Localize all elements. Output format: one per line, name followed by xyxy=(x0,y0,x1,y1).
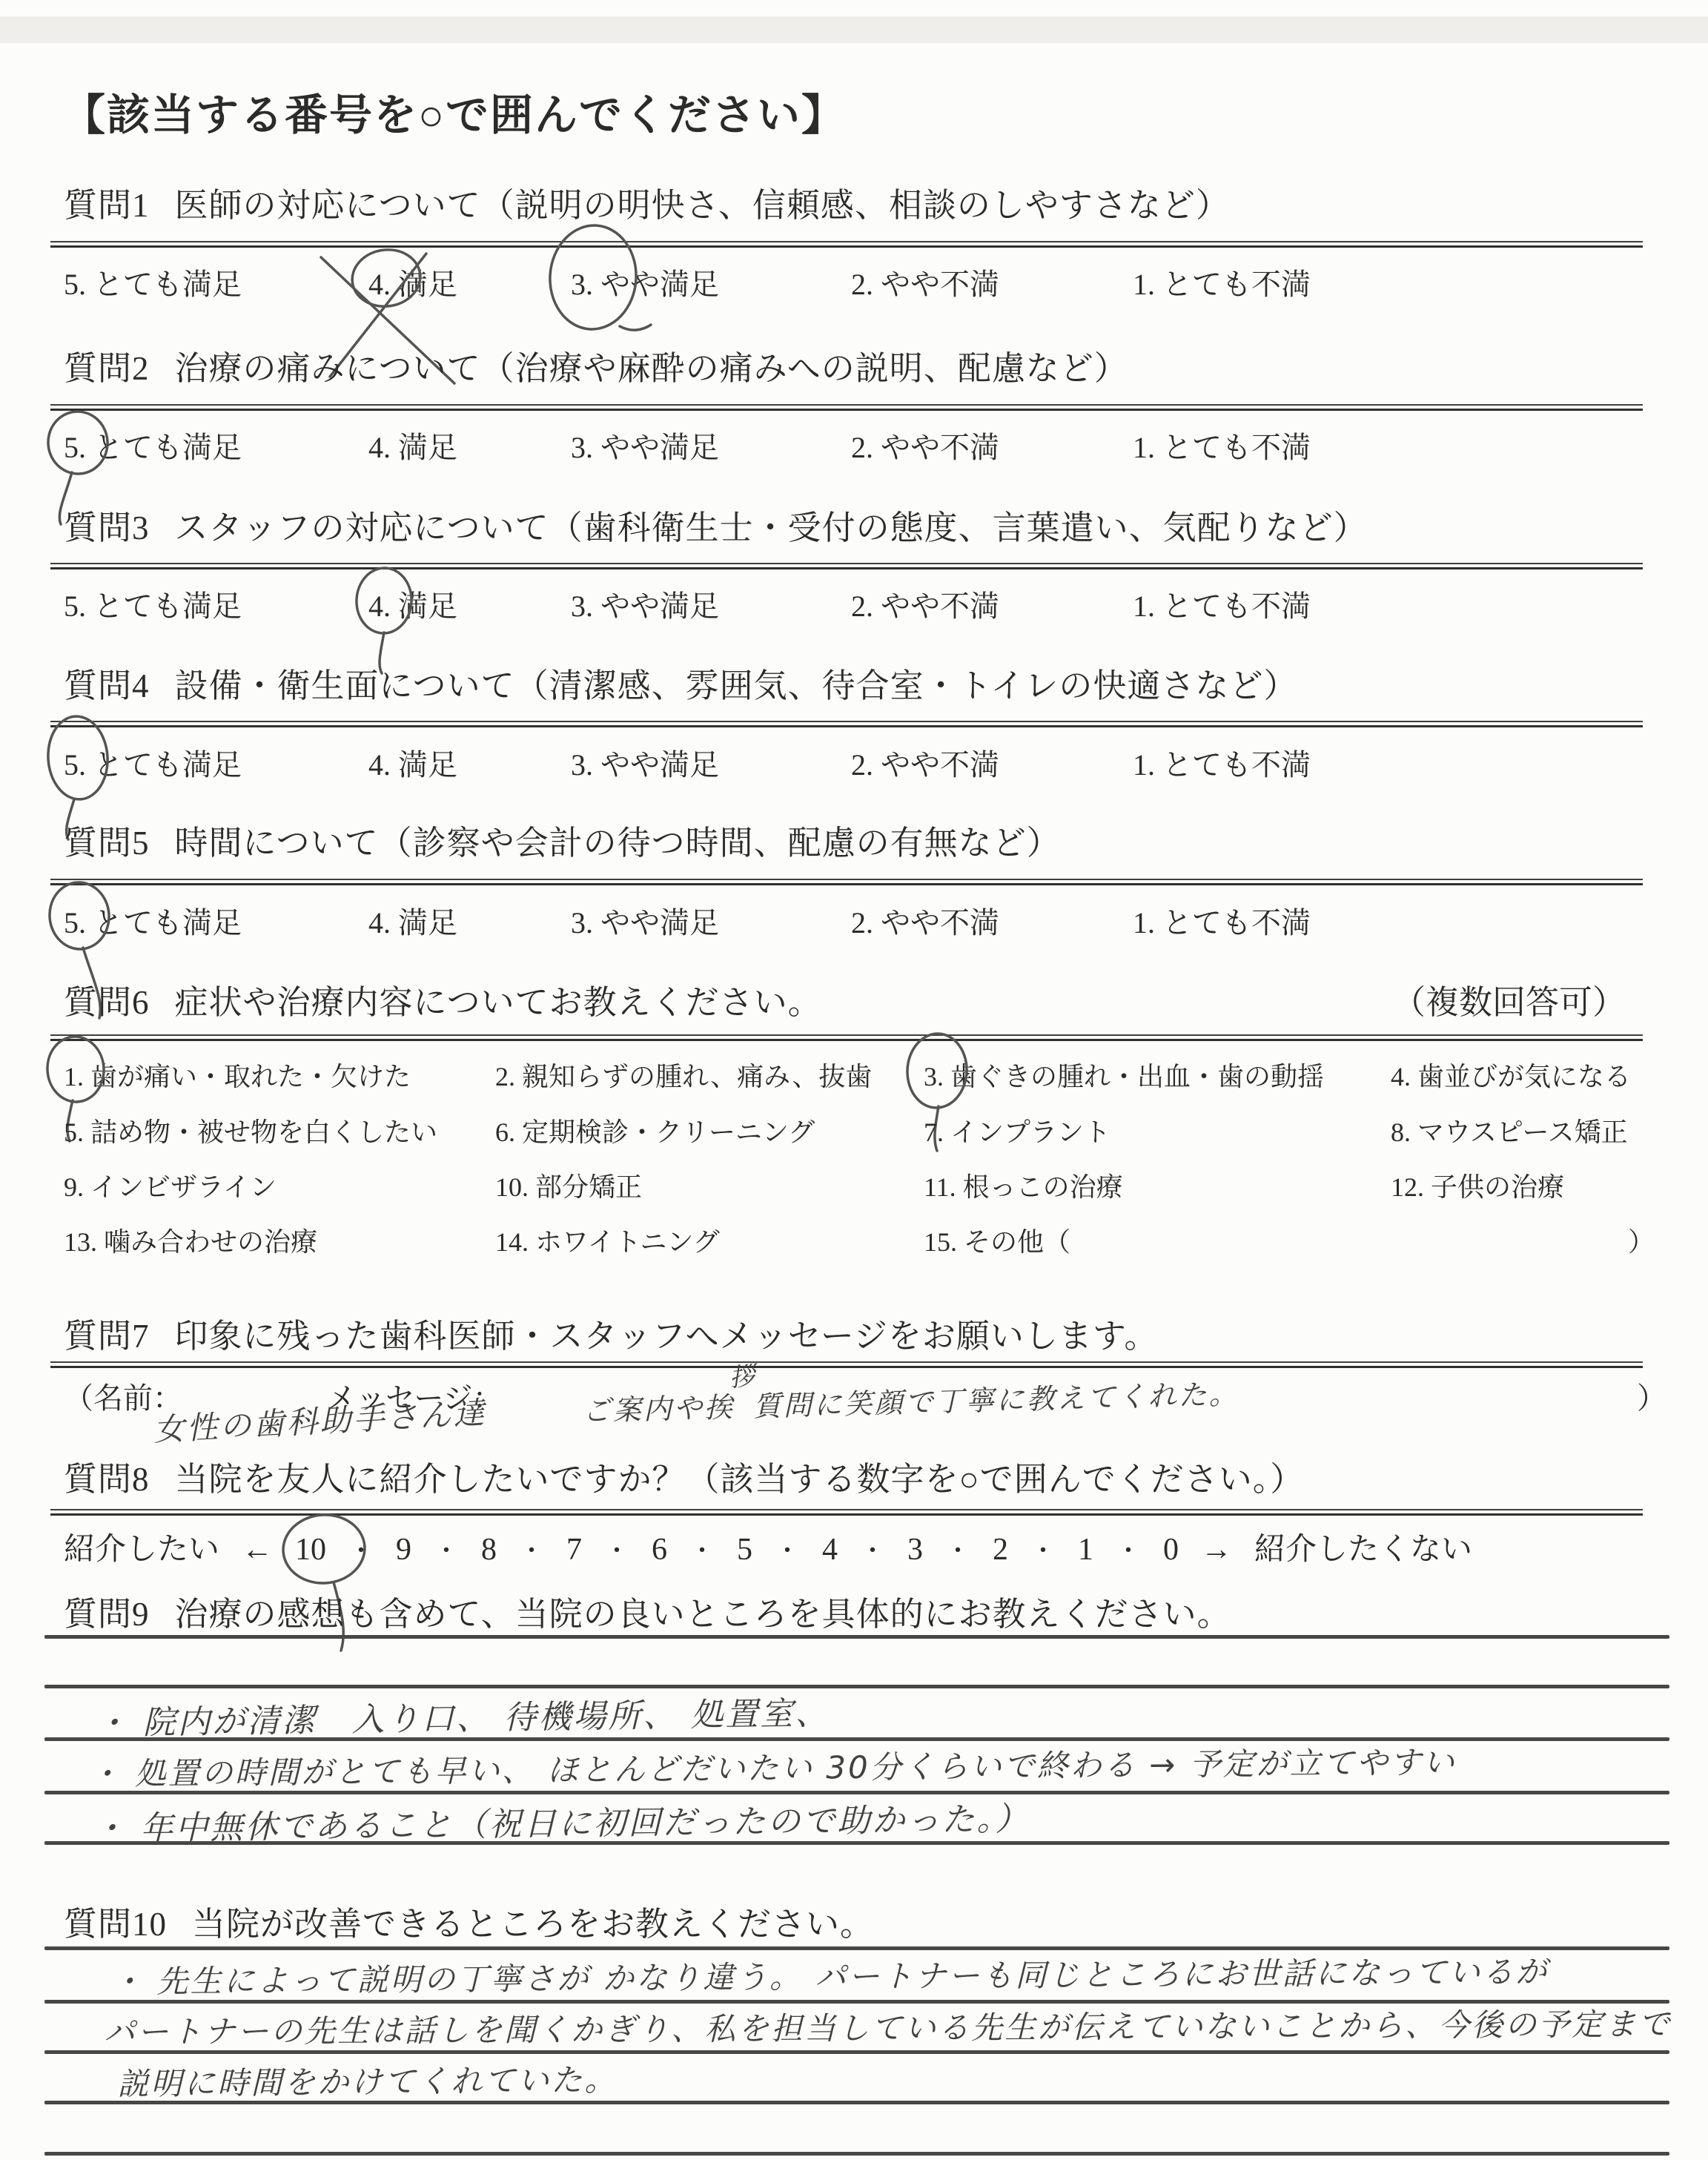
q8-number-6: 6 xyxy=(652,1532,667,1568)
q8-number-9: 9 xyxy=(396,1532,411,1568)
q5-label: 質問5 xyxy=(64,825,150,862)
q6-item-4: 4. 歯並びが気になる xyxy=(1391,1056,1631,1094)
q7-message-inserted-char: 拶 xyxy=(727,1355,758,1394)
q8-number-5: 5 xyxy=(737,1532,752,1568)
q5-option-3: 3. やや満足 xyxy=(571,899,719,942)
q4-option-2: 2. やや不満 xyxy=(851,742,999,784)
scale-dot: ・ xyxy=(604,1530,629,1567)
q8-number-0: 0 xyxy=(1163,1532,1179,1568)
q4-header: 質問4設備・衛生面について（清潔感、雰囲気、待合室・トイレの快適さなど） xyxy=(64,658,1297,707)
q4-label: 質問4 xyxy=(64,667,150,704)
q6-text: 症状や治療内容についてお教えください。 xyxy=(175,984,822,1021)
scale-dot: ・ xyxy=(775,1530,800,1567)
q3-option-5: 5. とても満足 xyxy=(64,583,242,625)
q10-answer-handwriting-2: パートナーの先生は話しを聞くかぎり、私を担当している先生が伝えていないことから、… xyxy=(104,2000,1672,2052)
q8-right-label: 紹介したくない xyxy=(1254,1525,1472,1569)
q8-number-2: 2 xyxy=(993,1532,1008,1568)
q8-right-arrow: → xyxy=(1201,1532,1232,1568)
q9-answer-line-rule-2 xyxy=(44,1685,1669,1688)
q3-option-1: 1. とても不満 xyxy=(1133,583,1311,625)
q5-option-2: 2. やや不満 xyxy=(851,899,999,942)
q8-header: 質問8当院を友人に紹介したいですか？（該当する数字を○で囲んでください。） xyxy=(64,1452,1304,1500)
scan-shadow-band xyxy=(0,16,1708,43)
q1-rule xyxy=(50,241,1643,248)
scale-dot: ・ xyxy=(519,1530,544,1567)
q10-answer-line-rule-5 xyxy=(44,2152,1669,2156)
scale-dot: ・ xyxy=(689,1530,715,1567)
q1-option-1: 1. とても不満 xyxy=(1133,261,1311,303)
q6-item-7: 7. インプラント xyxy=(924,1112,1110,1149)
q6-item1-circle-mark xyxy=(39,1026,194,1189)
q4-option-3: 3. やや満足 xyxy=(571,742,719,784)
q8-rule xyxy=(50,1509,1643,1516)
q5-rule xyxy=(50,879,1643,885)
scale-dot: ・ xyxy=(1030,1530,1056,1567)
q3-option-4: 4. 満足 xyxy=(368,583,457,625)
q4-text: 設備・衛生面について（清潔感、雰囲気、待合室・トイレの快適さなど） xyxy=(175,667,1298,704)
scale-dot: ・ xyxy=(434,1530,459,1567)
q5-header: 質問5時間について（診察や会計の待つ時間、配慮の有無など） xyxy=(64,816,1061,864)
q2-label: 質問2 xyxy=(64,350,150,387)
q6-rule xyxy=(50,1034,1643,1041)
q10-label: 質問10 xyxy=(64,1906,167,1943)
q8-text: 当院を友人に紹介したいですか？（該当する数字を○で囲んでください。） xyxy=(175,1461,1305,1498)
q9-answer-handwriting-1: ・ 院内が清潔 入り口、 待機場所、 処置室、 xyxy=(95,1686,830,1744)
q7-text: 印象に残った歯科医師・スタッフへメッセージをお願いします。 xyxy=(175,1318,1159,1355)
q6-item-9: 9. インビザライン xyxy=(64,1166,277,1204)
survey-scan-page: 【該当する番号を○で囲んでください】 質問1医師の対応について（説明の明快さ、信… xyxy=(0,0,1708,2160)
q1-option-5: 5. とても満足 xyxy=(64,261,242,303)
q9-answer-handwriting-3: ・ 年中無休であること（祝日に初回だったので助かった。） xyxy=(93,1792,1030,1849)
scale-dot: ・ xyxy=(348,1530,374,1567)
q6-item-13: 13. 噛み合わせの治療 xyxy=(64,1221,317,1259)
q1-label: 質問1 xyxy=(64,187,150,224)
q6-item-8: 8. マウスピース矯正 xyxy=(1391,1112,1628,1149)
q1-text: 医師の対応について（説明の明快さ、信頼感、相談のしやすさなど） xyxy=(175,187,1230,224)
q2-option-3: 3. やや満足 xyxy=(571,424,719,466)
q8-nps-scale: 紹介したい ← 10 ・ 9 ・ 8 ・ 7 ・ 6 ・ 5 ・ 4 ・ 3 ・… xyxy=(64,1525,1472,1569)
q4-option-1: 1. とても不満 xyxy=(1133,742,1311,784)
q4-option-5: 5. とても満足 xyxy=(64,742,242,784)
q8-number-8: 8 xyxy=(481,1532,497,1568)
q3-option-2: 2. やや不満 xyxy=(851,583,999,625)
q10-answer-handwriting-3: 説明に時間をかけてくれていた。 xyxy=(117,2055,618,2104)
q8-left-arrow: ← xyxy=(242,1532,273,1568)
q3-header: 質問3スタッフの対応について（歯科衛生士・受付の態度、言葉遣い、気配りなど） xyxy=(64,501,1368,549)
q10-answer-handwriting-1: ・ 先生によって説明の丁寧さが かなり違う。 パートナーも同じところにお世話にな… xyxy=(111,1947,1549,2002)
q7-rule xyxy=(50,1361,1643,1368)
q9-answer-handwriting-2: ・ 処置の時間がとても早い、 ほとんどだいたい 30分くらいで終わる → 予定が… xyxy=(89,1738,1457,1794)
q5-option-4: 4. 満足 xyxy=(368,899,457,942)
q5-option-1: 1. とても不満 xyxy=(1133,899,1311,942)
q4-rule xyxy=(50,721,1643,727)
q9-answer-line-rule-1 xyxy=(44,1635,1669,1639)
q6-item-11: 11. 根っこの治療 xyxy=(924,1166,1123,1204)
q3-text: スタッフの対応について（歯科衛生士・受付の態度、言葉遣い、気配りなど） xyxy=(175,509,1368,546)
q6-label: 質問6 xyxy=(64,984,150,1021)
q7-message-part1: ご案内や挨 xyxy=(582,1391,735,1427)
q8-number-3: 3 xyxy=(907,1532,923,1568)
q7-label: 質問7 xyxy=(64,1318,150,1355)
q9-header: 質問9治療の感想も含めて、当院の良いところを具体的にお教えください。 xyxy=(64,1587,1231,1635)
q2-option-1: 1. とても不満 xyxy=(1133,424,1311,466)
q6-item-15: 15. その他（ xyxy=(924,1221,1070,1259)
q6-header: 質問6症状や治療内容についてお教えください。 xyxy=(64,975,822,1023)
q6-item-15-close-paren: ） xyxy=(1628,1221,1655,1259)
q6-item-5: 5. 詰め物・被せ物を白くしたい xyxy=(64,1112,437,1149)
q2-rule xyxy=(50,404,1643,411)
q1-option-2: 2. やや不満 xyxy=(851,261,999,303)
q6-item3-circle-mark xyxy=(898,1026,1054,1189)
q2-option-5: 5. とても満足 xyxy=(64,424,242,466)
q9-text: 治療の感想も含めて、当院の良いところを具体的にお教えください。 xyxy=(175,1596,1231,1633)
q8-label: 質問8 xyxy=(64,1461,150,1498)
q9-label: 質問9 xyxy=(64,1596,150,1633)
q7-close-paren: ） xyxy=(1637,1375,1666,1417)
q6-item-12: 12. 子供の治療 xyxy=(1391,1166,1564,1204)
scale-dot: ・ xyxy=(1116,1530,1141,1567)
q6-item-2: 2. 親知らずの腫れ、痛み、抜歯 xyxy=(495,1056,872,1094)
q2-option-2: 2. やや不満 xyxy=(851,424,999,466)
q7-message-handwriting: ご案内や挨拶質問に笑顔で丁寧に教えてくれた。 xyxy=(582,1371,1239,1429)
q3-label: 質問3 xyxy=(64,509,150,546)
q8-number-7: 7 xyxy=(566,1532,582,1568)
survey-title: 【該当する番号を○で囲んでください】 xyxy=(62,80,846,142)
q6-item-10: 10. 部分矯正 xyxy=(495,1166,642,1204)
q8-number-10: 10 xyxy=(295,1532,326,1568)
q10-header: 質問10当院が改善できるところをお教えください。 xyxy=(64,1897,874,1945)
q3-rule xyxy=(50,563,1643,569)
scale-dot: ・ xyxy=(860,1530,885,1567)
q3-option-3: 3. やや満足 xyxy=(571,583,719,625)
q5-option-5: 5. とても満足 xyxy=(64,899,242,942)
q2-header: 質問2治療の痛みについて（治療や麻酔の痛みへの説明、配慮など） xyxy=(64,341,1128,389)
q7-name-handwriting: 女性の歯科助手さん達 xyxy=(152,1388,488,1450)
q10-text: 当院が改善できるところをお教えください。 xyxy=(192,1906,874,1943)
q7-message-part2: 質問に笑顔で丁寧に教えてくれた。 xyxy=(752,1378,1239,1423)
q6-item-1: 1. 歯が痛い・取れた・欠けた xyxy=(64,1056,411,1094)
q1-option-4: 4. 満足 xyxy=(368,261,457,303)
scale-dot: ・ xyxy=(945,1530,970,1567)
q6-item-3: 3. 歯ぐきの腫れ・出血・歯の動揺 xyxy=(924,1056,1324,1094)
q1-header: 質問1医師の対応について（説明の明快さ、信頼感、相談のしやすさなど） xyxy=(64,178,1230,226)
q6-item-6: 6. 定期検診・クリーニング xyxy=(495,1112,815,1149)
q2-text: 治療の痛みについて（治療や麻酔の痛みへの説明、配慮など） xyxy=(175,350,1128,387)
q8-number-4: 4 xyxy=(822,1532,838,1568)
q4-option-4: 4. 満足 xyxy=(368,742,457,784)
q2-option-4: 4. 満足 xyxy=(368,424,457,466)
q7-header: 質問7印象に残った歯科医師・スタッフへメッセージをお願いします。 xyxy=(64,1309,1158,1357)
q8-number-1: 1 xyxy=(1078,1532,1093,1568)
q6-note: （複数回答可） xyxy=(1392,975,1626,1023)
q8-left-label: 紹介したい xyxy=(64,1525,219,1569)
q5-text: 時間について（診察や会計の待つ時間、配慮の有無など） xyxy=(175,825,1061,862)
q1-option-3: 3. やや満足 xyxy=(571,261,719,303)
q6-item-14: 14. ホワイトニング xyxy=(495,1221,720,1259)
